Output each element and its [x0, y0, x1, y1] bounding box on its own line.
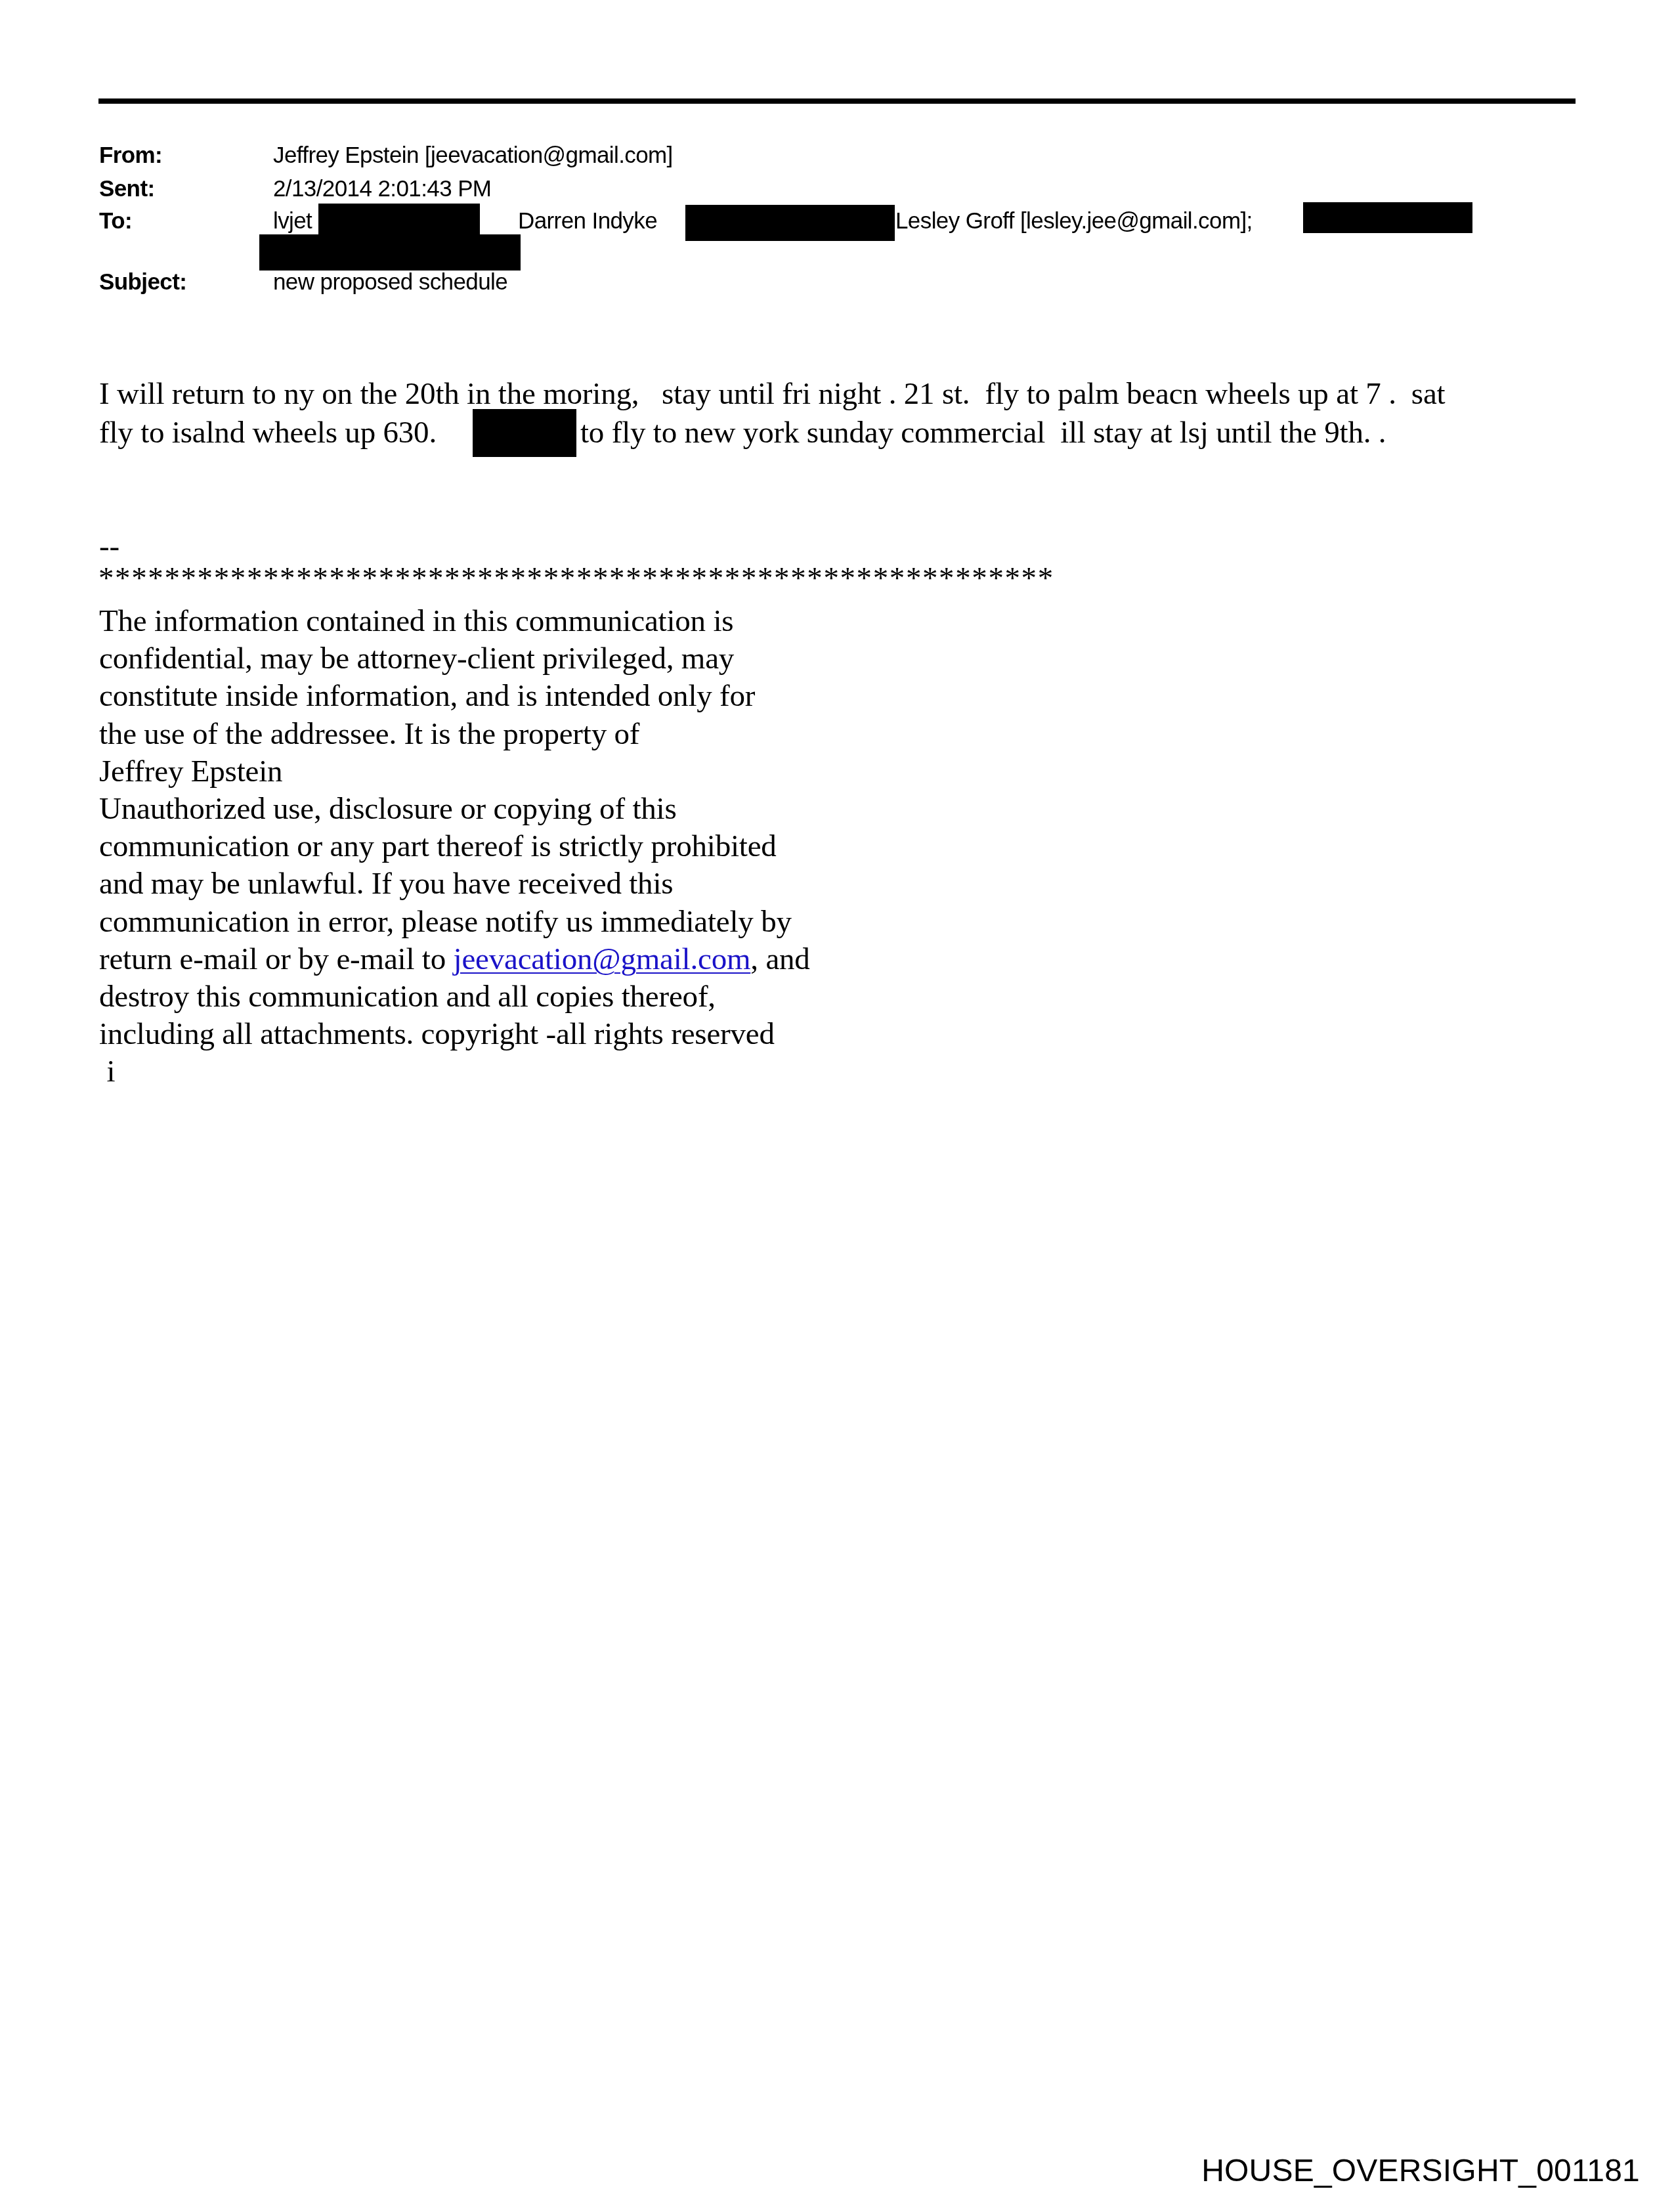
- to-label: To:: [99, 209, 132, 232]
- disclaimer-line: Jeffrey Epstein: [99, 756, 282, 787]
- body-line-2-end: to fly to new york sunday commercial ill…: [580, 418, 1386, 448]
- document-page: From: Jeffrey Epstein [jeevacation@gmail…: [0, 0, 1674, 2212]
- disclaimer-line: the use of the addressee. It is the prop…: [99, 719, 639, 750]
- from-value: Jeffrey Epstein [jeevacation@gmail.com]: [273, 144, 673, 167]
- disclaimer-line: including all attachments. copyright -al…: [99, 1019, 775, 1050]
- disclaimer-line: Unauthorized use, disclosure or copying …: [99, 794, 677, 825]
- redaction-box: [685, 205, 895, 241]
- signature-separator: --: [99, 531, 119, 562]
- header-divider-rule: [98, 98, 1576, 104]
- asterisk-divider: ****************************************…: [98, 563, 1054, 594]
- disclaimer-line: destroy this communication and all copie…: [99, 982, 716, 1012]
- redaction-box: [473, 409, 576, 457]
- redaction-box: [318, 204, 480, 234]
- to-recipient-lvjet: lvjet: [273, 209, 312, 232]
- email-link[interactable]: jeevacation@gmail.com: [454, 942, 751, 976]
- disclaimer-line: The information contained in this commun…: [99, 606, 733, 637]
- from-label: From:: [99, 144, 162, 167]
- disclaimer-line: confidential, may be attorney-client pri…: [99, 643, 734, 674]
- subject-value: new proposed schedule: [273, 271, 507, 293]
- redaction-box: [259, 234, 521, 271]
- bates-number: HOUSE_OVERSIGHT_001181: [1201, 2156, 1640, 2187]
- disclaimer-line: and may be unlawful. If you have receive…: [99, 869, 673, 900]
- to-recipient-darren-indyke: Darren Indyke: [518, 209, 657, 232]
- disclaimer-line: constitute inside information, and is in…: [99, 681, 755, 712]
- disclaimer-line: communication in error, please notify us…: [99, 907, 792, 938]
- body-line-1: I will return to ny on the 20th in the m…: [99, 379, 1445, 410]
- trailing-character: i: [99, 1056, 115, 1087]
- disclaimer-line: communication or any part thereof is str…: [99, 831, 777, 862]
- redaction-box: [1303, 202, 1472, 233]
- sent-value: 2/13/2014 2:01:43 PM: [273, 177, 491, 200]
- sent-label: Sent:: [99, 177, 155, 200]
- subject-label: Subject:: [99, 271, 186, 293]
- disclaimer-line: return e-mail or by e-mail to jeevacatio…: [99, 944, 810, 975]
- body-line-2-start: fly to isalnd wheels up 630.: [99, 418, 437, 448]
- to-recipient-lesley-groff: Lesley Groff [lesley.jee@gmail.com];: [895, 209, 1253, 232]
